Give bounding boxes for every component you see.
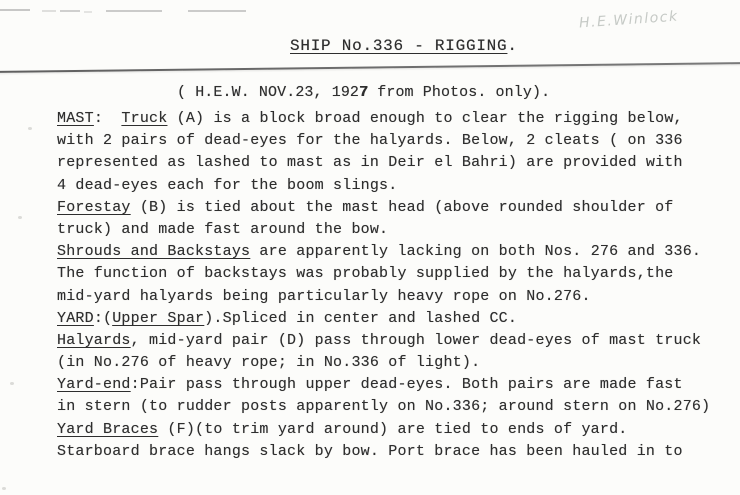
text-segment: :(	[94, 310, 112, 327]
text-line: YARD:(Upper Spar).Spliced in center and …	[57, 308, 733, 330]
text-line: Yard Braces (F)(to trim yard around) are…	[57, 419, 733, 441]
text-line: The function of backstays was probably s…	[57, 263, 733, 285]
text-segment: , mid-yard pair (D) pass through lower d…	[131, 332, 702, 349]
text-line: MAST: Truck (A) is a block broad enough …	[57, 108, 733, 130]
paper-speck	[10, 382, 14, 385]
scan-artifact-dash	[42, 10, 56, 12]
text-segment: The function of backstays was probably s…	[57, 265, 674, 282]
text-segment: :Pair pass through upper dead-eyes. Both…	[131, 376, 683, 393]
paper-speck	[2, 487, 6, 490]
page-title-text: SHIP No.336 - RIGGING	[290, 37, 507, 55]
underlined-term: Yard Braces	[57, 421, 158, 438]
text-line: mid-yard halyards being particularly hea…	[57, 286, 733, 308]
scanned-document-page: H.E.Winlock SHIP No.336 - RIGGING. ( H.E…	[0, 0, 740, 495]
underlined-term: Upper Spar	[112, 310, 204, 327]
text-line: Starboard brace hangs slack by bow. Port…	[57, 441, 733, 463]
paper-speck	[18, 216, 22, 219]
text-line: (in No.276 of heavy rope; in No.336 of l…	[57, 352, 733, 374]
text-line: Forestay (B) is tied about the mast head…	[57, 197, 733, 219]
underlined-term: Halyards	[57, 332, 131, 349]
text-segment: in stern (to rudder posts apparently on …	[57, 398, 710, 415]
text-segment: Starboard brace hangs slack by bow. Port…	[57, 443, 683, 460]
text-line: in stern (to rudder posts apparently on …	[57, 396, 733, 418]
underlined-term: Yard-end	[57, 376, 131, 393]
text-segment: mid-yard halyards being particularly hea…	[57, 288, 591, 305]
text-segment: (A) is a block broad enough to clear the…	[167, 110, 682, 127]
text-segment: (in No.276 of heavy rope; in No.336 of l…	[57, 354, 480, 371]
text-segment: ).Spliced in center and lashed CC.	[204, 310, 517, 327]
underlined-term: Forestay	[57, 199, 131, 216]
text-line: with 2 pairs of dead-eyes for the halyar…	[57, 130, 733, 152]
text-line: represented as lashed to mast as in Deir…	[57, 152, 733, 174]
text-segment: (F)(to trim yard around) are tied to end…	[158, 421, 627, 438]
text-segment: represented as lashed to mast as in Deir…	[57, 154, 683, 171]
text-line: Halyards, mid-yard pair (D) pass through…	[57, 330, 733, 352]
underlined-term: YARD	[57, 310, 94, 327]
text-segment: 4 dead-eyes each for the boom slings.	[57, 177, 397, 194]
underlined-term: Shrouds and Backstays	[57, 243, 250, 260]
scan-artifact-dash	[84, 11, 92, 13]
text-line: Yard-end:Pair pass through upper dead-ey…	[57, 374, 733, 396]
paper-crease-line	[0, 62, 740, 73]
underlined-term: Truck	[121, 110, 167, 127]
text-line: truck) and made fast around the bow.	[57, 219, 733, 241]
dateline-text: from Photos. only).	[368, 84, 550, 101]
text-segment: with 2 pairs of dead-eyes for the halyar…	[57, 132, 683, 149]
underlined-term: MAST	[57, 110, 94, 127]
dateline: ( H.E.W. NOV.23, 1927 from Photos. only)…	[177, 84, 550, 101]
document-body: MAST: Truck (A) is a block broad enough …	[57, 108, 733, 463]
overstruck-character: 7	[359, 84, 368, 101]
page-title: SHIP No.336 - RIGGING.	[290, 37, 518, 55]
scan-artifact-dash	[0, 9, 30, 11]
handwritten-signature: H.E.Winlock	[579, 9, 680, 32]
scan-artifact-dash	[106, 10, 162, 12]
text-line: 4 dead-eyes each for the boom slings.	[57, 175, 733, 197]
page-title-period: .	[507, 37, 517, 55]
text-segment: are apparently lacking on both Nos. 276 …	[250, 243, 701, 260]
paper-speck	[28, 127, 32, 130]
dateline-text: ( H.E.W. NOV.23, 192	[177, 84, 359, 101]
text-segment: :	[94, 110, 122, 127]
scan-artifact-dash	[60, 10, 80, 12]
text-line: Shrouds and Backstays are apparently lac…	[57, 241, 733, 263]
text-segment: (B) is tied about the mast head (above r…	[131, 199, 674, 216]
scan-artifact-dash	[188, 10, 246, 12]
text-segment: truck) and made fast around the bow.	[57, 221, 388, 238]
